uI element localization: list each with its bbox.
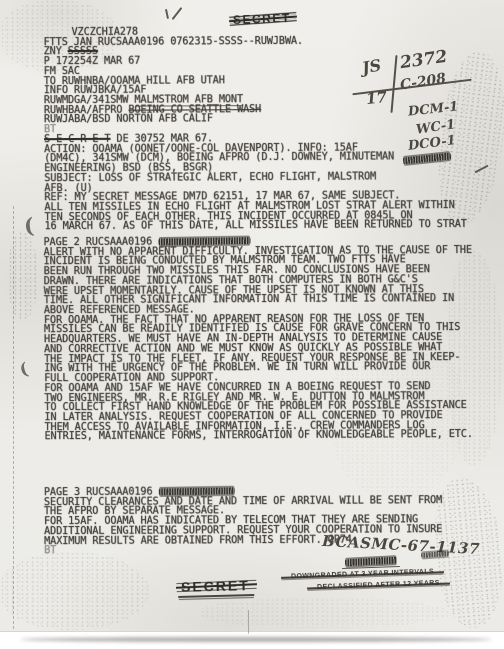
- scanned-telegram-screenshot: ( ( SECRET JS 2372 17 C-208 DCM-1 WC-1 D…: [0, 0, 504, 649]
- bottom-secret-stamp: SECRET: [181, 577, 250, 595]
- pen-mark: [172, 7, 183, 20]
- pen-mark: [165, 9, 169, 19]
- message-page-2: PAGE 2 RUCSAAA0196 ALERT WITH NO APPAREN…: [43, 236, 484, 442]
- noise-patch: [200, 598, 450, 628]
- pen-mark-arc: (: [17, 359, 30, 380]
- body-line: 16 MARCH 67. AS OF THIS DATE, ALL MISSIL…: [44, 220, 484, 232]
- message-page-1: VZCZCHIA278 FTTS JAN RUCSAAA0196 0762315…: [43, 26, 484, 232]
- downgrade-stamp-line: DECLASSIFIED AFTER 12 YEARS: [317, 580, 440, 591]
- pen-mark: [248, 610, 249, 634]
- scanned-page: ( ( SECRET JS 2372 17 C-208 DCM-1 WC-1 D…: [0, 0, 504, 632]
- pen-underline: [342, 566, 400, 569]
- downgrade-stamp-line: DOWNGRADED AT 3 YEAR INTERVALS: [291, 569, 434, 581]
- scribbled-out-stamp-word: [345, 557, 397, 567]
- pen-mark-arc: (: [23, 213, 35, 239]
- scribbled-classification: [158, 237, 250, 245]
- noise-patch: [0, 552, 150, 630]
- top-secret-stamp: SECRET: [233, 11, 291, 27]
- scribbled-classification: [158, 487, 234, 495]
- fold-line: [13, 206, 14, 629]
- page-bottom-shadow: [20, 637, 492, 642]
